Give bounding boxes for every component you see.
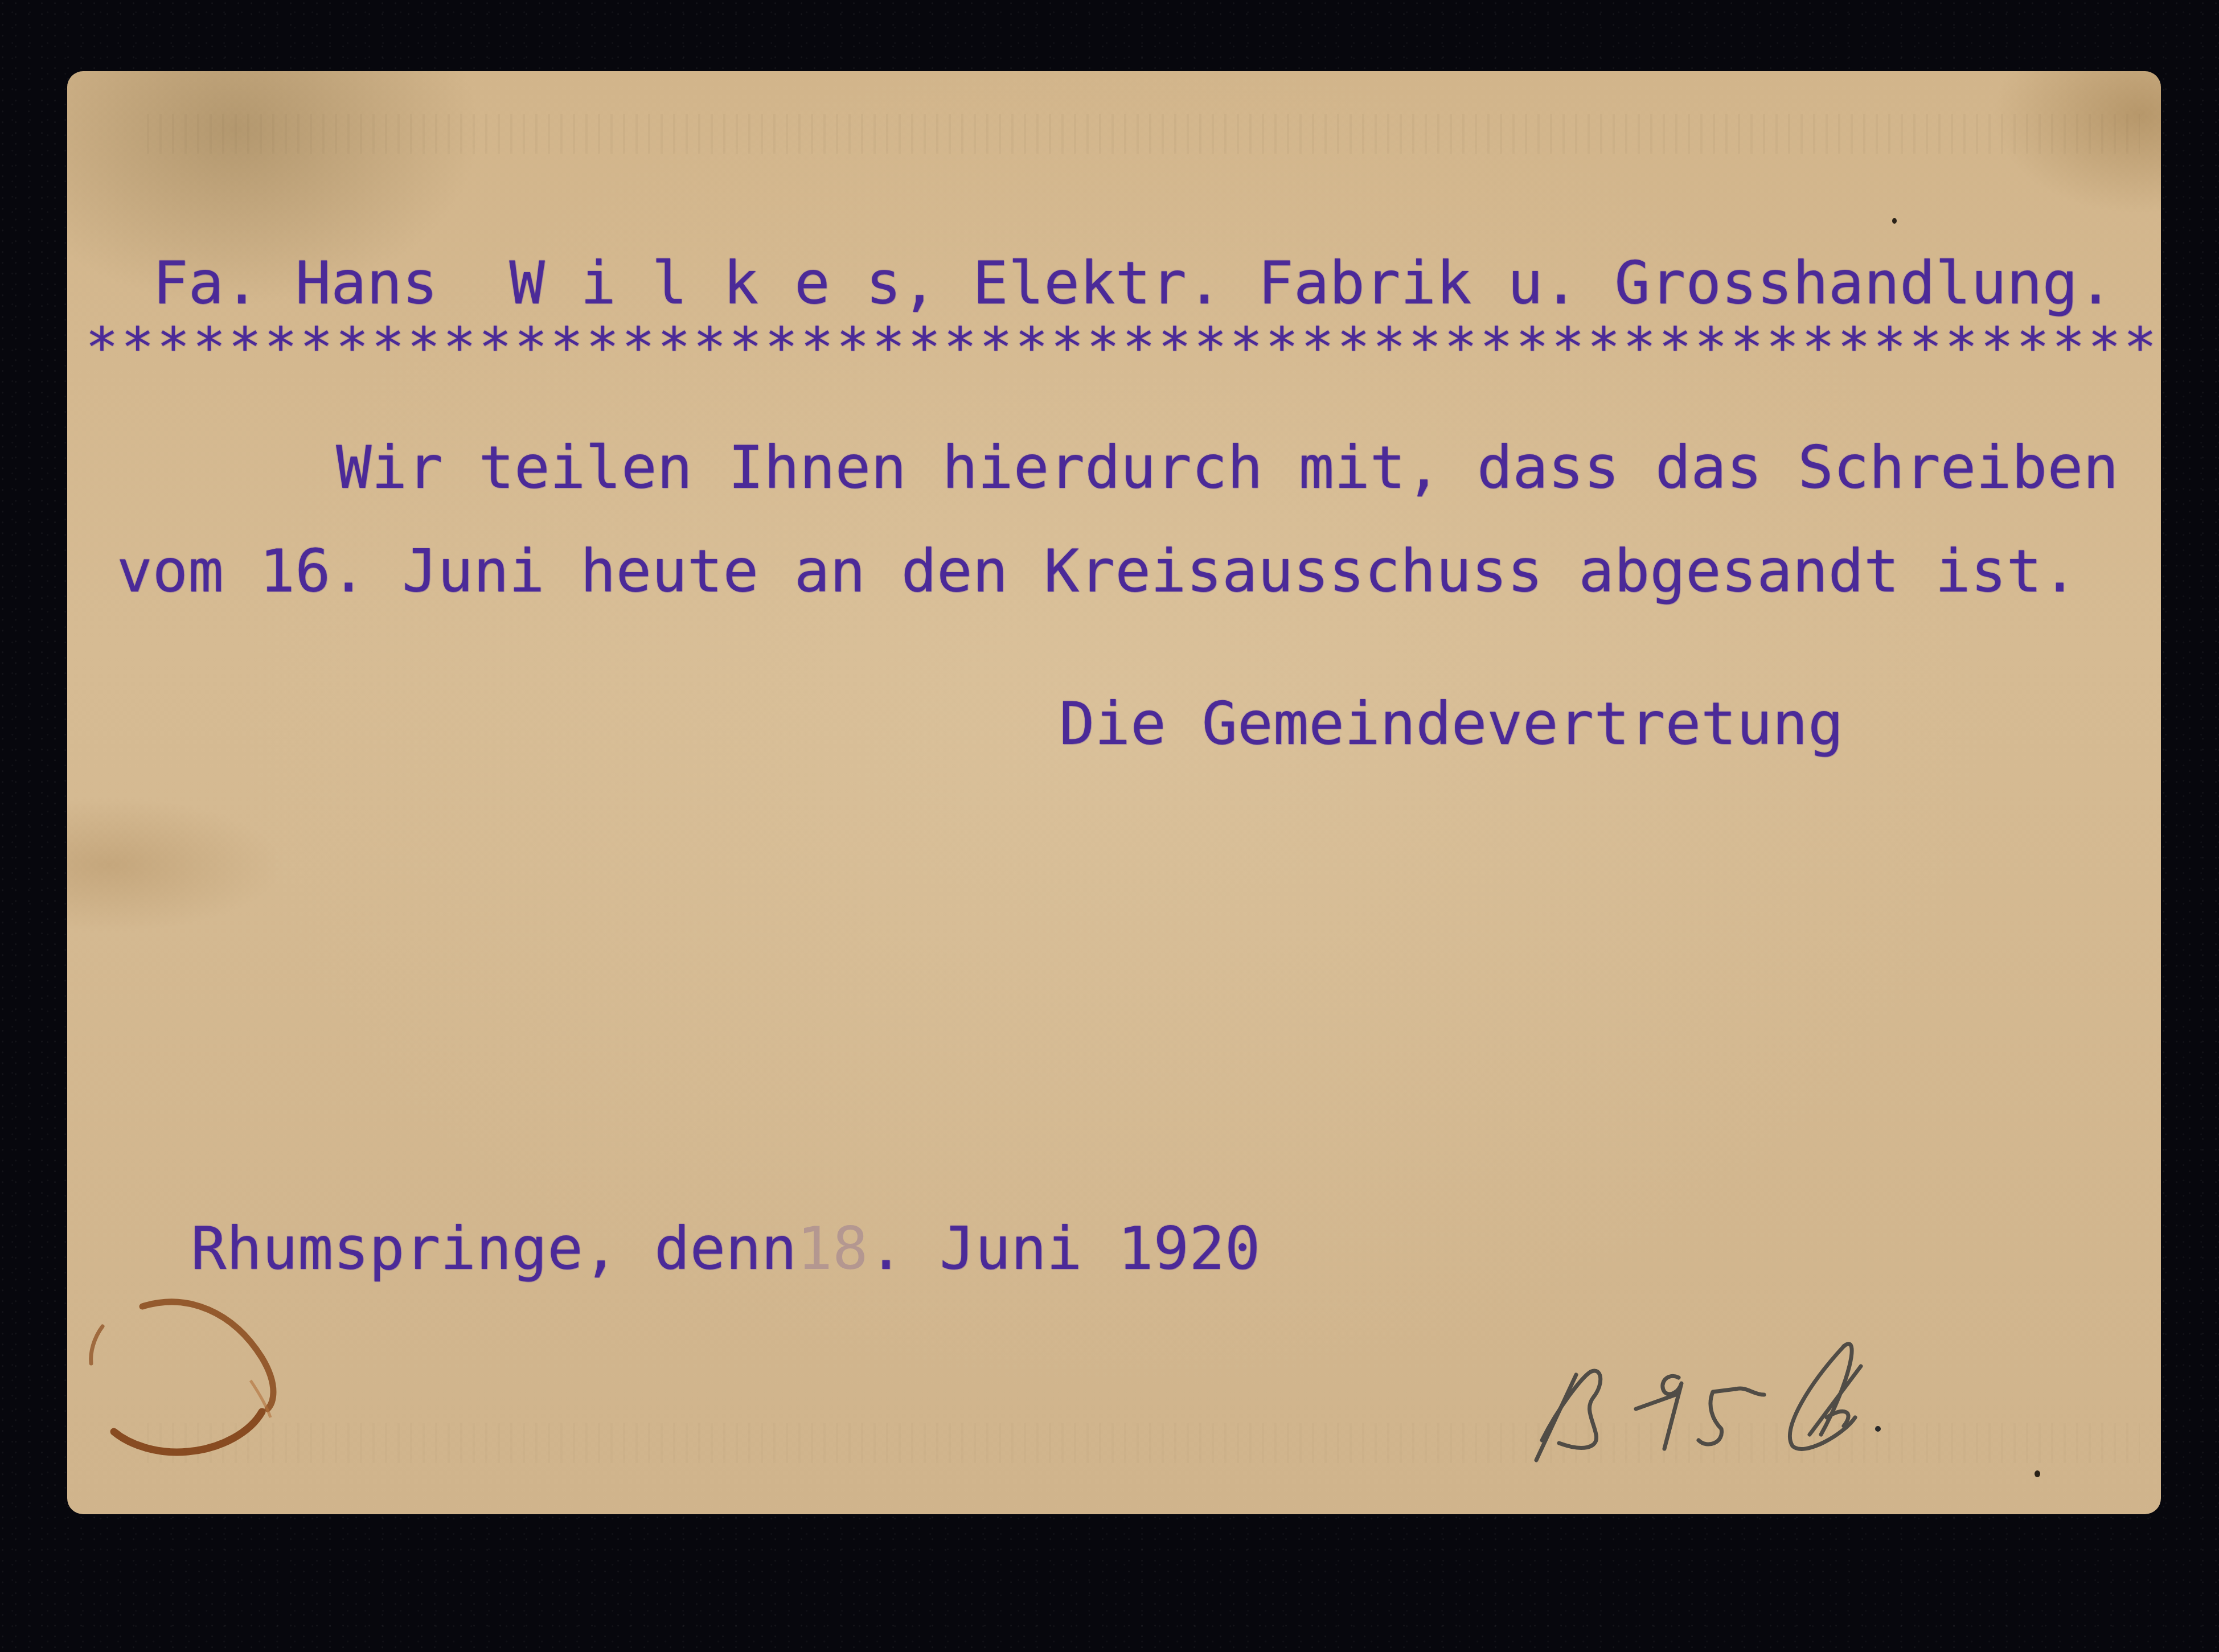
faded-print-band-top <box>147 114 2140 154</box>
dateline-month-year: . Juni 1920 <box>868 1214 1261 1283</box>
pencil-annotation <box>1525 1321 1935 1469</box>
asterisk-separator: ****************************************… <box>85 320 2159 375</box>
dateline: Rhumspringe, denn18. Juni 1920 <box>191 1219 1260 1278</box>
body-line-2: vom 16. Juni heute an den Kreisausschuss… <box>117 541 2078 601</box>
recipient-line: Fa. Hans W i l k e s, Elektr. Fabrik u. … <box>153 253 2114 313</box>
ink-speck <box>1892 218 1897 224</box>
body-line-1: Wir teilen Ihnen hierdurch mit, dass das… <box>336 438 2119 497</box>
signature-line: Die Gemeindevertretung <box>1059 694 1844 753</box>
pencil-period <box>1875 1426 1881 1432</box>
postcard: Fa. Hans W i l k e s, Elektr. Fabrik u. … <box>67 71 2161 1514</box>
ink-speck <box>2035 1470 2040 1477</box>
rust-ring-stain-icon <box>80 1295 307 1477</box>
dateline-place: Rhumspringe, denn <box>191 1214 797 1283</box>
dateline-illegible-day: 18 <box>797 1214 868 1283</box>
